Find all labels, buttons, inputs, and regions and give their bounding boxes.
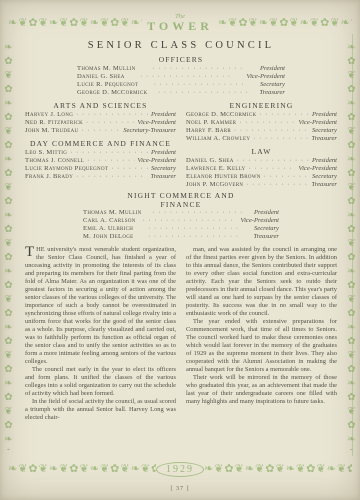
paragraph: THE university's most venerable student … [25,246,176,366]
law-heading: LAW [186,147,337,156]
member-role: President [254,209,279,217]
dot-leader [76,111,148,119]
roster-row: George D. McCormick President [186,111,337,119]
member-role: President [312,111,337,119]
year-cartouche: 1929 [156,462,204,477]
day-commerce-roster: Leo S. Mittig President Thomas J. Connel… [25,149,176,181]
yearbook-page: ❧❦✿❦❧❦✿❦❧❦✿❦❧❦✿❦❧❦✿❦ The TOWER ❧❦✿❦❧❦✿❦❧… [0,0,360,500]
member-role: President [260,65,285,73]
dot-leader [81,127,120,135]
roster-row: George D. McCormick Treasurer [77,89,285,97]
member-role: Vice-President [241,217,279,225]
member-role: President [312,157,337,165]
member-name: M. John DeLoge [83,233,134,241]
dot-leader [87,157,134,165]
member-name: John P. McGovern [186,181,243,189]
engineering-roster: George D. McCormick President Noel P. Ka… [186,111,337,143]
roster-row: Frank J. Brady Treasurer [25,173,176,181]
roster-row: Lucie R. Pequegnot Secretary [77,81,285,89]
roster-row: Thomas M. Mullin President [77,65,285,73]
member-name: Carl A. Carlson [83,217,136,225]
member-role: Treasurer [253,233,279,241]
ornament-band-top: ❧❦✿❦❧❦✿❦❧❦✿❦❧❦✿❦❧❦✿❦ The TOWER ❧❦✿❦❧❦✿❦❧… [8,11,352,35]
dot-leader [145,209,251,217]
officers-roster: Thomas M. Mullin President Daniel G. She… [77,65,285,97]
roster-row: Daniel G. Shea Vice-President [77,73,285,81]
member-role: Secretary [151,165,176,173]
dot-leader [111,165,148,173]
member-name: Thomas M. Mullin [83,209,142,217]
member-role: Treasurer [259,89,285,97]
member-role: Secretary [260,81,285,89]
floral-ornament-strip: ❧❦✿❦❧❦✿❦❧❦✿❦❧❦✿❦❧❦✿❦ [8,13,142,33]
member-name: Noel P. Kammer [186,119,236,127]
column-left: ARTS AND SCIENCES Harvey J. Long Preside… [25,97,176,189]
roster-row: John M. Trudeau Secretary-Treasurer [25,127,176,135]
roster-row: Carl A. Carlson Vice-President [83,217,279,225]
arts-heading: ARTS AND SCIENCES [25,101,176,110]
dot-leader [234,127,309,135]
dot-leader [246,181,308,189]
roster-row: Ned R. Fitzpatrick Vice-President [25,119,176,127]
officers-heading: OFFICERS [25,55,337,64]
paragraph-text: HE university's most venerable student o… [25,246,176,365]
page-number: [ 37 ] [0,486,360,492]
member-role: Secretary [254,225,279,233]
body-text: THE university's most venerable student … [25,246,337,422]
roster-row: John P. McGovern Treasurer [186,181,337,189]
column-right: ENGINEERING George D. McCormick Presiden… [186,97,337,189]
dot-leader [259,111,309,119]
member-name: Daniel G. Shea [186,157,234,165]
member-name: Lucie R. Pequegnot [77,81,138,89]
body-left-column: THE university's most venerable student … [25,246,176,422]
ornament-band-bottom: ❧❦✿❦❧❦✿❦❧❦✿❦❧❦✿❦❧❦✿❦ 1929 ❧❦✿❦❧❦✿❦❧❦✿❦❧❦… [8,460,352,478]
member-role: President [151,111,176,119]
night-heading-line2: FINANCE [25,201,337,210]
member-role: Vice-President [138,119,176,127]
member-role: Secretary-Treasurer [123,127,176,135]
member-name: Thomas J. Connell [25,157,84,165]
paragraph-group: The council met early in the year to ele… [25,366,176,422]
floral-ornament-strip: ❧❦✿❦❧❦✿❦❧❦✿❦❧❦✿❦❧❦✿❦ [204,460,352,478]
member-name: Frank J. Brady [25,173,73,181]
member-name: Eleanor Hunter Brown [186,173,261,181]
dot-leader [150,89,256,97]
roster-row: M. John DeLoge Treasurer [83,233,279,241]
member-role: Treasurer [311,181,337,189]
member-role: President [151,149,176,157]
member-name: Thomas M. Mullin [77,65,136,73]
paragraph: The council met early in the year to ele… [25,366,176,398]
member-name: Daniel G. Shea [77,73,125,81]
dot-leader [136,225,251,233]
dot-leader [70,149,148,157]
roster-row: Harvey J. Long President [25,111,176,119]
member-name: Harry F. Barr [186,127,231,135]
dot-leader [264,173,309,181]
member-name: Emil A. Ulbrich [83,225,133,233]
member-role: Secretary [312,173,337,181]
paragraph: The year ended with extensive preparatio… [186,318,337,374]
member-role: Vice-President [299,165,337,173]
roster-row: Daniel G. Shea President [186,157,337,165]
dot-leader [237,157,309,165]
roster-row: William A. Crowley Treasurer [186,135,337,143]
member-name: Ned R. Fitzpatrick [25,119,83,127]
dot-leader [139,65,257,73]
floral-ornament-strip: ❧❦✿❦❧❦✿❦❧❦✿❦❧❦✿❦❧❦✿❦ [8,460,156,478]
member-name: Lawrence E. Kelly [186,165,245,173]
member-name: Harvey J. Long [25,111,73,119]
roster-row: Thomas J. Connell Vice-President [25,157,176,165]
dot-leader [137,233,251,241]
border-rule-right [352,34,353,456]
roster-row: Emil A. Ulbrich Secretary [83,225,279,233]
vine-ornament-left: ❧✿❦✿❧✿❦✿❧✿❦✿❧✿❦✿❧✿❦✿❧✿❦✿❧✿❦✿❧✿❦✿ [2,42,15,450]
dot-leader [86,119,135,127]
member-role: Vice-President [247,73,285,81]
body-right-column: man, and was assisted by the council in … [186,246,337,422]
masthead-title: TOWER [147,20,213,33]
member-role: Secretary [312,127,337,135]
dot-leader [248,165,295,173]
roster-columns: ARTS AND SCIENCES Harvey J. Long Preside… [25,97,337,189]
roster-row: Leo S. Mittig President [25,149,176,157]
dot-leader [128,73,244,81]
roster-row: Lawrence E. Kelly Vice-President [186,165,337,173]
roster-row: Lucie Raymond Pequegnot Secretary [25,165,176,173]
dot-leader [139,217,238,225]
member-role: Vice-President [299,119,337,127]
page-title: SENIOR CLASS COUNCIL [25,40,337,51]
paragraph: man, and was assisted by the council in … [186,246,337,318]
dot-leader [239,119,295,127]
roster-row: Thomas M. Mullin President [83,209,279,217]
engineering-heading: ENGINEERING [186,101,337,110]
roster-row: Harry F. Barr Secretary [186,127,337,135]
law-roster: Daniel G. Shea President Lawrence E. Kel… [186,157,337,189]
drop-cap: T [25,246,36,259]
member-role: Treasurer [311,135,337,143]
masthead: The TOWER [142,14,218,33]
dot-leader [253,135,308,143]
roster-row: Eleanor Hunter Brown Secretary [186,173,337,181]
dot-leader [76,173,147,181]
roster-row: Noel P. Kammer Vice-President [186,119,337,127]
member-name: George D. McCormick [186,111,256,119]
member-name: Leo S. Mittig [25,149,67,157]
member-name: Lucie Raymond Pequegnot [25,165,108,173]
arts-roster: Harvey J. Long President Ned R. Fitzpatr… [25,111,176,135]
member-name: John M. Trudeau [25,127,78,135]
floral-ornament-strip: ❧❦✿❦❧❦✿❦❧❦✿❦❧❦✿❦❧❦✿❦ [218,13,352,33]
paragraph: Their work will be mirrored in the memor… [186,374,337,406]
page-content: SENIOR CLASS COUNCIL OFFICERS Thomas M. … [25,40,337,422]
dot-leader [141,81,257,89]
member-name: William A. Crowley [186,135,250,143]
member-role: Vice-President [138,157,176,165]
member-name: George D. McCormick [77,89,147,97]
day-commerce-heading: DAY COMMERCE AND FINANCE [25,139,176,148]
night-roster: Thomas M. Mullin President Carl A. Carls… [83,209,279,241]
member-role: Treasurer [150,173,176,181]
paragraph: In the field of social activity the coun… [25,398,176,422]
